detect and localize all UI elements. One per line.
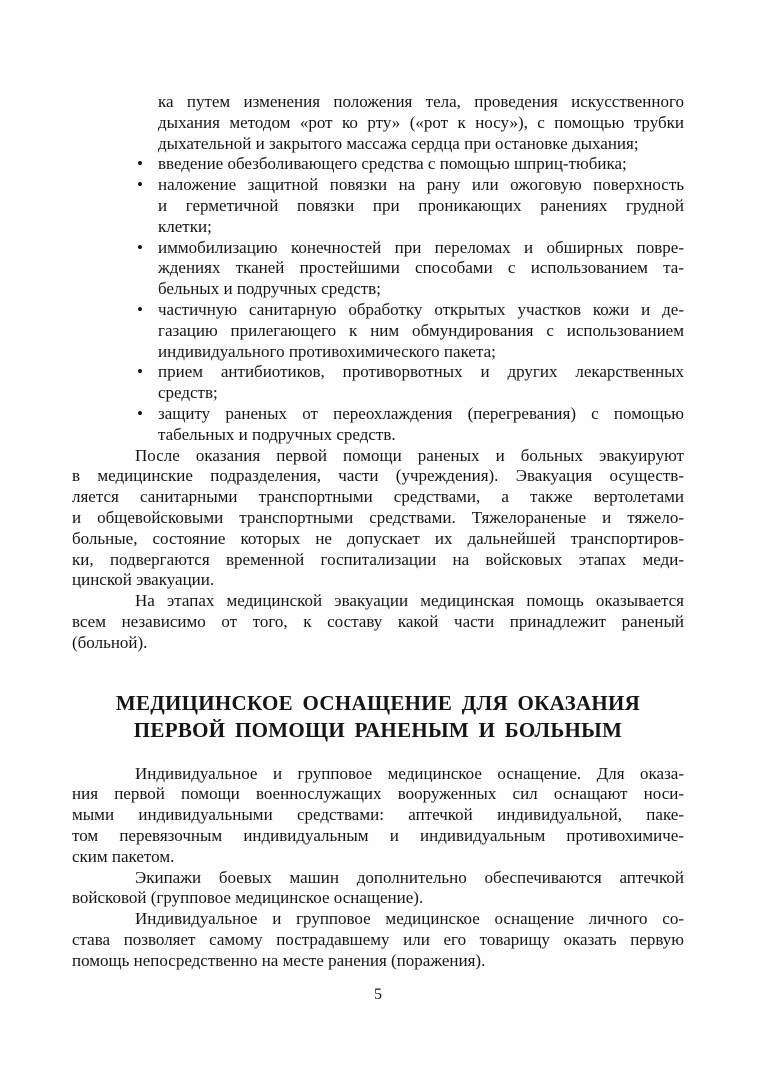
text-line: ка путем изменения положения тела, прове… [158, 92, 684, 113]
paragraph: Индивидуальное и групповое медицинское о… [72, 909, 684, 971]
text-line: дыхания методом «рот ко рту» («рот к нос… [158, 113, 684, 134]
text-line: дыхательной и закрытого массажа сердца п… [158, 134, 684, 155]
paragraph: Экипажи боевых машин дополнительно обесп… [72, 868, 684, 910]
list-item: •наложение защитной повязки на рану или … [158, 175, 684, 237]
text-line: ния первой помощи военнослужащих вооруже… [72, 784, 684, 805]
paragraph: После оказания первой помощи раненых и б… [72, 446, 684, 592]
list-item: •защиту раненых от переохлаждения (перег… [158, 404, 684, 446]
text-line: ляется санитарными транспортными средств… [72, 487, 684, 508]
text-line: всем независимо от того, к составу какой… [72, 612, 684, 633]
list-item: •прием антибиотиков, противорвотных и др… [158, 362, 684, 404]
heading-line: МЕДИЦИНСКОЕ ОСНАЩЕНИЕ ДЛЯ ОКАЗАНИЯ [72, 690, 684, 717]
text-line: После оказания первой помощи раненых и б… [72, 446, 684, 467]
text-line: табельных и подручных средств. [158, 425, 684, 446]
list-item: •частичную санитарную обработку открытых… [158, 300, 684, 362]
text-line: введение обезболивающего средства с помо… [158, 154, 684, 175]
text-line: прием антибиотиков, противорвотных и дру… [158, 362, 684, 383]
text-line: средств; [158, 383, 684, 404]
page-body: ка путем изменения положения тела, прове… [72, 92, 684, 971]
paragraph: Индивидуальное и групповое медицинское о… [72, 764, 684, 868]
bullet-icon: • [137, 404, 143, 425]
text-line: бельных и подручных средств; [158, 279, 684, 300]
bullet-icon: • [137, 154, 143, 175]
list-item: •введение обезболивающего средства с пом… [158, 154, 684, 175]
list-item: •иммобилизацию конечностей при переломах… [158, 238, 684, 300]
text-line: Экипажи боевых машин дополнительно обесп… [72, 868, 684, 889]
text-line: (больной). [72, 633, 684, 654]
text-line: Индивидуальное и групповое медицинское о… [72, 764, 684, 785]
text-line: том перевязочным индивидуальным и индиви… [72, 826, 684, 847]
text-line: ским пакетом. [72, 847, 684, 868]
document-page: ка путем изменения положения тела, прове… [0, 0, 763, 1080]
text-line: и общевойсковыми транспортными средствам… [72, 508, 684, 529]
text-line: в медицинские подразделения, части (учре… [72, 466, 684, 487]
page-number: 5 [72, 985, 684, 1005]
list-item-continuation: ка путем изменения положения тела, прове… [158, 92, 684, 154]
text-line: войсковой (групповое медицинское оснащен… [72, 888, 684, 909]
text-line: помощь непосредственно на месте ранения … [72, 951, 684, 972]
text-line: защиту раненых от переохлаждения (перегр… [158, 404, 684, 425]
text-line: частичную санитарную обработку открытых … [158, 300, 684, 321]
text-line: става позволяет самому пострадавшему или… [72, 930, 684, 951]
text-line: индивидуального противохимического пакет… [158, 342, 684, 363]
section-heading: МЕДИЦИНСКОЕ ОСНАЩЕНИЕ ДЛЯ ОКАЗАНИЯПЕРВОЙ… [72, 690, 684, 744]
text-line: иммобилизацию конечностей при переломах … [158, 238, 684, 259]
bullet-icon: • [137, 238, 143, 259]
text-line: наложение защитной повязки на рану или о… [158, 175, 684, 196]
text-line: больные, состояние которых не допускает … [72, 529, 684, 550]
text-line: цинской эвакуации. [72, 570, 684, 591]
bullet-icon: • [137, 300, 143, 321]
text-line: мыми индивидуальными средствами: аптечко… [72, 805, 684, 826]
text-line: ки, подвергаются временной госпитализаци… [72, 550, 684, 571]
text-line: и герметичной повязки при проникающих ра… [158, 196, 684, 217]
paragraph: На этапах медицинской эвакуации медицинс… [72, 591, 684, 653]
text-line: газацию прилегающего к ним обмундировани… [158, 321, 684, 342]
heading-line: ПЕРВОЙ ПОМОЩИ РАНЕНЫМ И БОЛЬНЫМ [72, 717, 684, 744]
text-line: Индивидуальное и групповое медицинское о… [72, 909, 684, 930]
bullet-icon: • [137, 362, 143, 383]
bullet-icon: • [137, 175, 143, 196]
text-line: На этапах медицинской эвакуации медицинс… [72, 591, 684, 612]
text-line: ждениях тканей простейшими способами с и… [158, 258, 684, 279]
text-line: клетки; [158, 217, 684, 238]
